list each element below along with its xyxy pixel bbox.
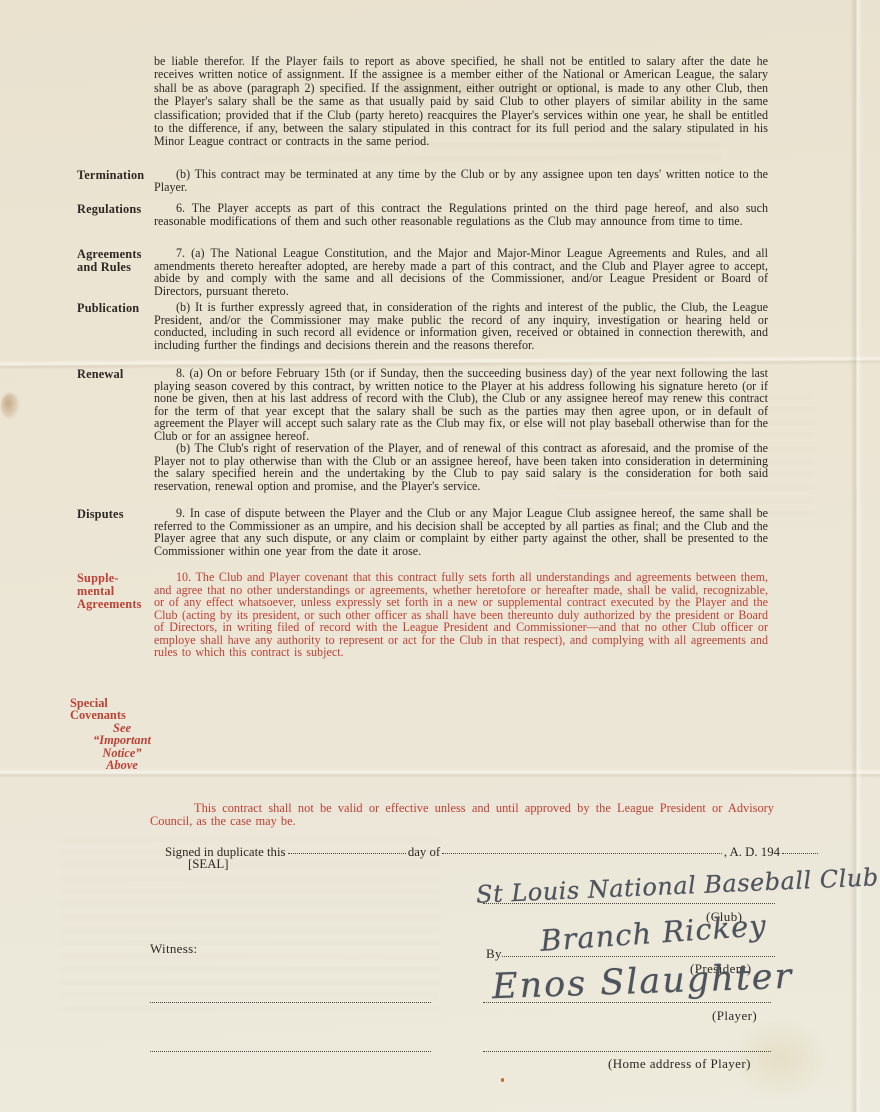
margin-label-agreements-and-rules: Agreements and Rules [77, 248, 163, 274]
section-termination: Termination (b) This contract may be ter… [0, 168, 880, 193]
margin-label-supplemental-agreements: Supple- mental Agreements [77, 572, 163, 610]
seal-label: [SEAL] [188, 857, 229, 872]
paragraph-text: 8. (a) On or before February 15th (or if… [154, 367, 768, 442]
paragraph-text: 9. In case of dispute between the Player… [154, 507, 768, 557]
paragraph-text: 7. (a) The National League Constitution,… [154, 247, 768, 297]
paragraph-text: be liable therefor. If the Player fails … [154, 55, 768, 149]
by-label: By [486, 946, 502, 962]
approval-note-text: This contract shall not be valid or effe… [150, 802, 774, 829]
president-signature: Branch Rickey [539, 908, 768, 958]
contract-page: be liable therefor. If the Player fails … [0, 0, 880, 1112]
special-covenants-italic-line: Above [70, 759, 174, 771]
club-signature-line [483, 903, 775, 904]
day-of-label: day of [408, 845, 440, 860]
player-caption: (Player) [712, 1008, 757, 1024]
paragraph-text: (b) It is further expressly agreed that,… [154, 301, 768, 351]
margin-label-renewal: Renewal [77, 368, 163, 381]
special-covenants-note: Special Covenants See “Important Notice”… [70, 697, 174, 771]
witness-signature-line [150, 1002, 431, 1003]
section-disputes: Disputes 9. In case of dispute between t… [0, 507, 880, 557]
president-signature-line [502, 956, 775, 957]
special-covenants-italic-line: “Important [70, 734, 174, 746]
section-renewal: Renewal 8. (a) On or before February 15t… [0, 367, 880, 492]
witness-label: Witness: [150, 941, 197, 957]
paragraph-text: 6. The Player accepts as part of this co… [154, 202, 768, 227]
home-address-caption: (Home address of Player) [608, 1056, 751, 1072]
date-month-blank-line [442, 853, 722, 854]
home-address-line [483, 1051, 771, 1052]
margin-label-termination: Termination [77, 169, 163, 182]
special-covenants-line: Covenants [70, 709, 174, 721]
margin-label-publication: Publication [77, 302, 163, 315]
section-regulations: Regulations 6. The Player accepts as par… [0, 202, 880, 227]
section-agreements-and-rules: Agreements and Rules 7. (a) The National… [0, 247, 880, 297]
paragraph-text: 10. The Club and Player covenant that th… [154, 571, 768, 659]
margin-label-regulations: Regulations [77, 203, 163, 216]
witness-address-line [150, 1051, 431, 1052]
club-signature: St Louis National Baseball Club [476, 863, 880, 909]
margin-label-disputes: Disputes [77, 508, 163, 521]
section-supplemental-agreements: Supple- mental Agreements 10. The Club a… [0, 571, 880, 659]
date-year-blank-line [782, 853, 818, 854]
date-day-blank-line [288, 853, 406, 854]
section-publication: Publication (b) It is further expressly … [0, 301, 880, 351]
bleed-through-texture [60, 838, 440, 1013]
approval-note: This contract shall not be valid or effe… [150, 802, 774, 829]
player-signature: Enos Slaughter [491, 957, 794, 1007]
paragraph-text: (b) The Club's right of reservation of t… [154, 442, 768, 492]
paper-speck [501, 1078, 504, 1082]
ad-year-label: , A. D. 194 [724, 845, 780, 860]
paragraph-text: (b) This contract may be terminated at a… [154, 168, 768, 193]
section-assignment-continued: be liable therefor. If the Player fails … [0, 55, 880, 149]
player-signature-line [483, 1002, 771, 1003]
signed-date-row: Signed in duplicate this day of , A. D. … [165, 845, 820, 860]
